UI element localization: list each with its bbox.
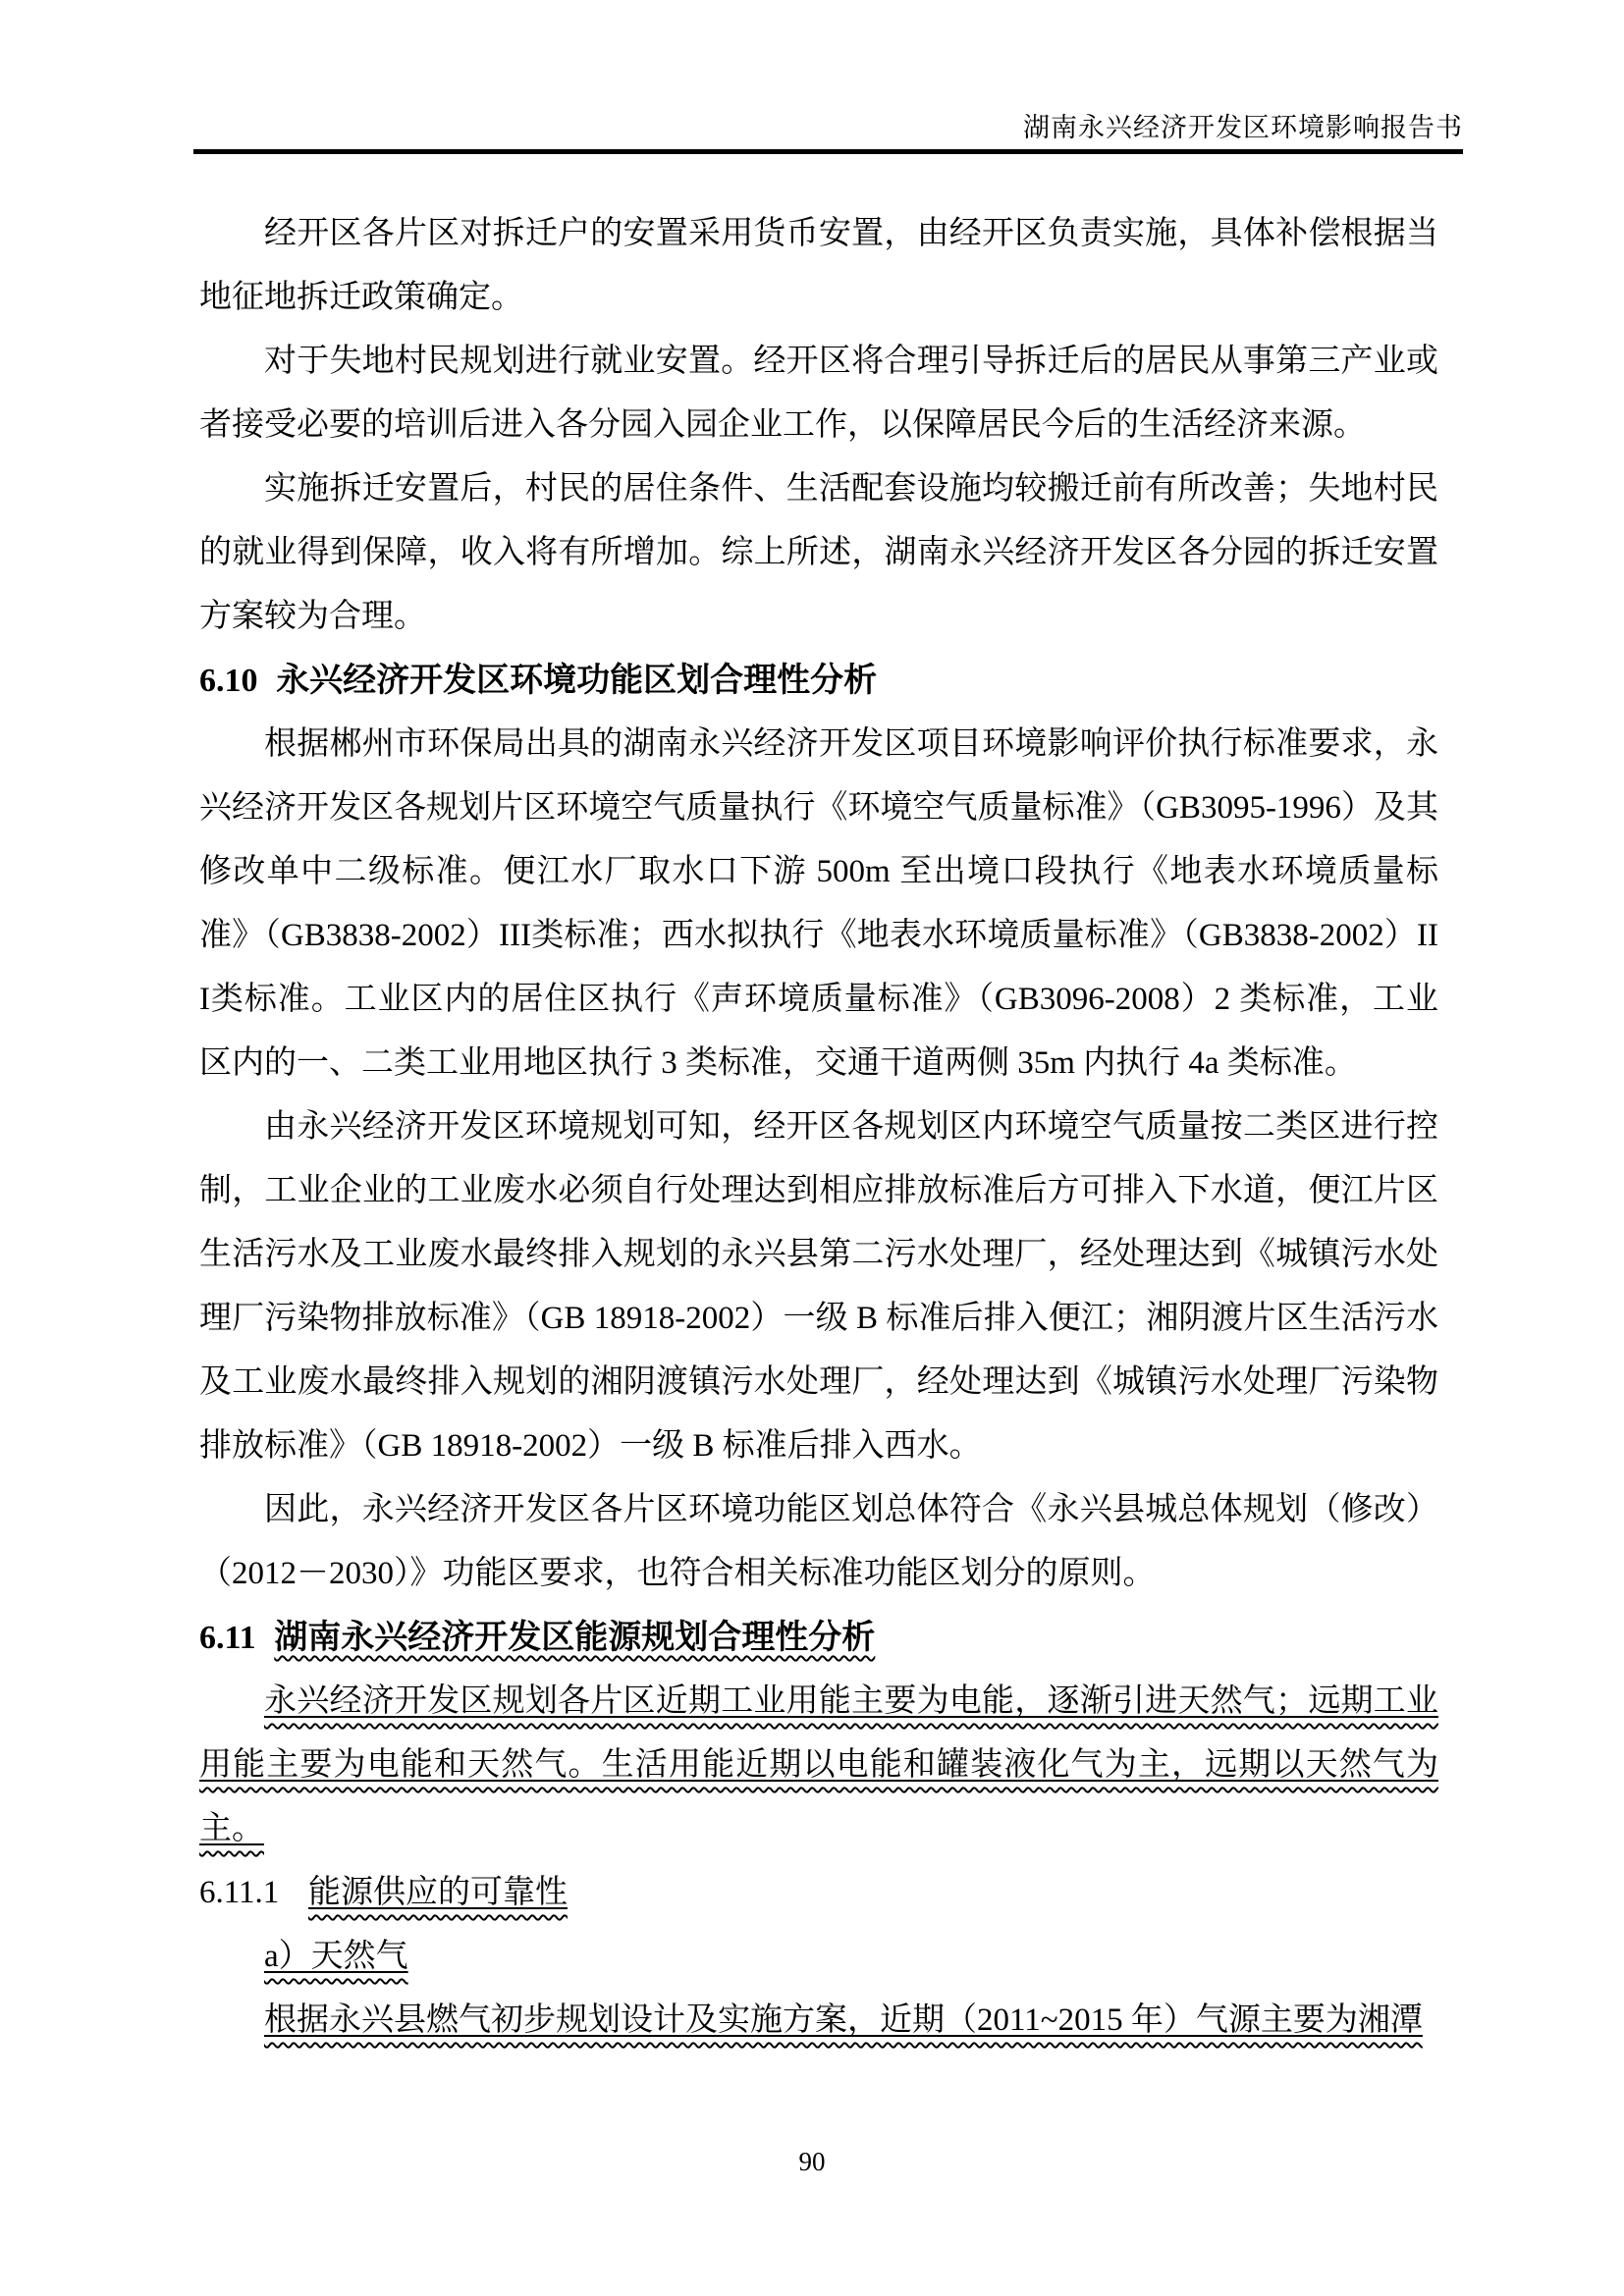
section-heading-6.11: 6.11湖南永兴经济开发区能源规划合理性分析: [199, 1606, 1438, 1670]
section-title: 能源供应的可靠性: [308, 1875, 568, 1910]
paragraph: 因此，永兴经济开发区各片区环境功能区划总体符合《永兴县城总体规划（修改）（201…: [199, 1478, 1438, 1606]
report-page: 湖南永兴经济开发区环境影响报告书 经开区各片区对拆迁户的安置采用货币安置，由经开…: [0, 0, 1624, 2296]
underlined-text: 永兴经济开发区规划各片区近期工业用能主要为电能，逐渐引进天然气；远期工业用能主要…: [199, 1683, 1438, 1846]
paragraph: 根据永兴县燃气初步规划设计及实施方案，近期（2011~2015 年）气源主要为湘…: [199, 1989, 1438, 2053]
section-title: 湖南永兴经济开发区能源规划合理性分析: [274, 1619, 875, 1656]
section-number: 6.11.1: [199, 1875, 279, 1910]
paragraph: 根据郴州市环保局出具的湖南永兴经济开发区项目环境影响评价执行标准要求，永兴经济开…: [199, 713, 1438, 1095]
header-rule: [193, 149, 1463, 154]
paragraph: 对于失地村民规划进行就业安置。经开区将合理引导拆迁后的居民从事第三产业或者接受必…: [199, 330, 1438, 457]
page-footer: 90: [0, 2145, 1624, 2178]
report-header: 湖南永兴经济开发区环境影响报告书: [193, 110, 1463, 145]
underlined-text: 根据永兴县燃气初步规划设计及实施方案，近期（2011~2015 年）气源主要为湘…: [264, 2002, 1423, 2038]
paragraph: 实施拆迁安置后，村民的居住条件、生活配套设施均较搬迁前有所改善；失地村民的就业得…: [199, 457, 1438, 649]
section-heading-6.11.1: 6.11.1能源供应的可靠性: [199, 1861, 1438, 1925]
document-body: 经开区各片区对拆迁户的安置采用货币安置，由经开区负责实施，具体补偿根据当地征地拆…: [199, 202, 1438, 2053]
section-title: 永兴经济开发区环境功能区划合理性分析: [276, 662, 877, 699]
section-number: 6.10: [199, 663, 258, 699]
report-header-title: 湖南永兴经济开发区环境影响报告书: [1023, 113, 1463, 142]
section-number: 6.11: [199, 1620, 256, 1656]
paragraph: a）天然气: [199, 1925, 1438, 1989]
page-number: 90: [799, 2147, 826, 2176]
paragraph: 经开区各片区对拆迁户的安置采用货币安置，由经开区负责实施，具体补偿根据当地征地拆…: [199, 202, 1438, 330]
section-heading-6.10: 6.10永兴经济开发区环境功能区划合理性分析: [199, 649, 1438, 713]
underlined-text: a）天然气: [264, 1939, 408, 1974]
paragraph: 由永兴经济开发区环境规划可知，经开区各规划区内环境空气质量按二类区进行控制，工业…: [199, 1095, 1438, 1478]
paragraph: 永兴经济开发区规划各片区近期工业用能主要为电能，逐渐引进天然气；远期工业用能主要…: [199, 1670, 1438, 1861]
